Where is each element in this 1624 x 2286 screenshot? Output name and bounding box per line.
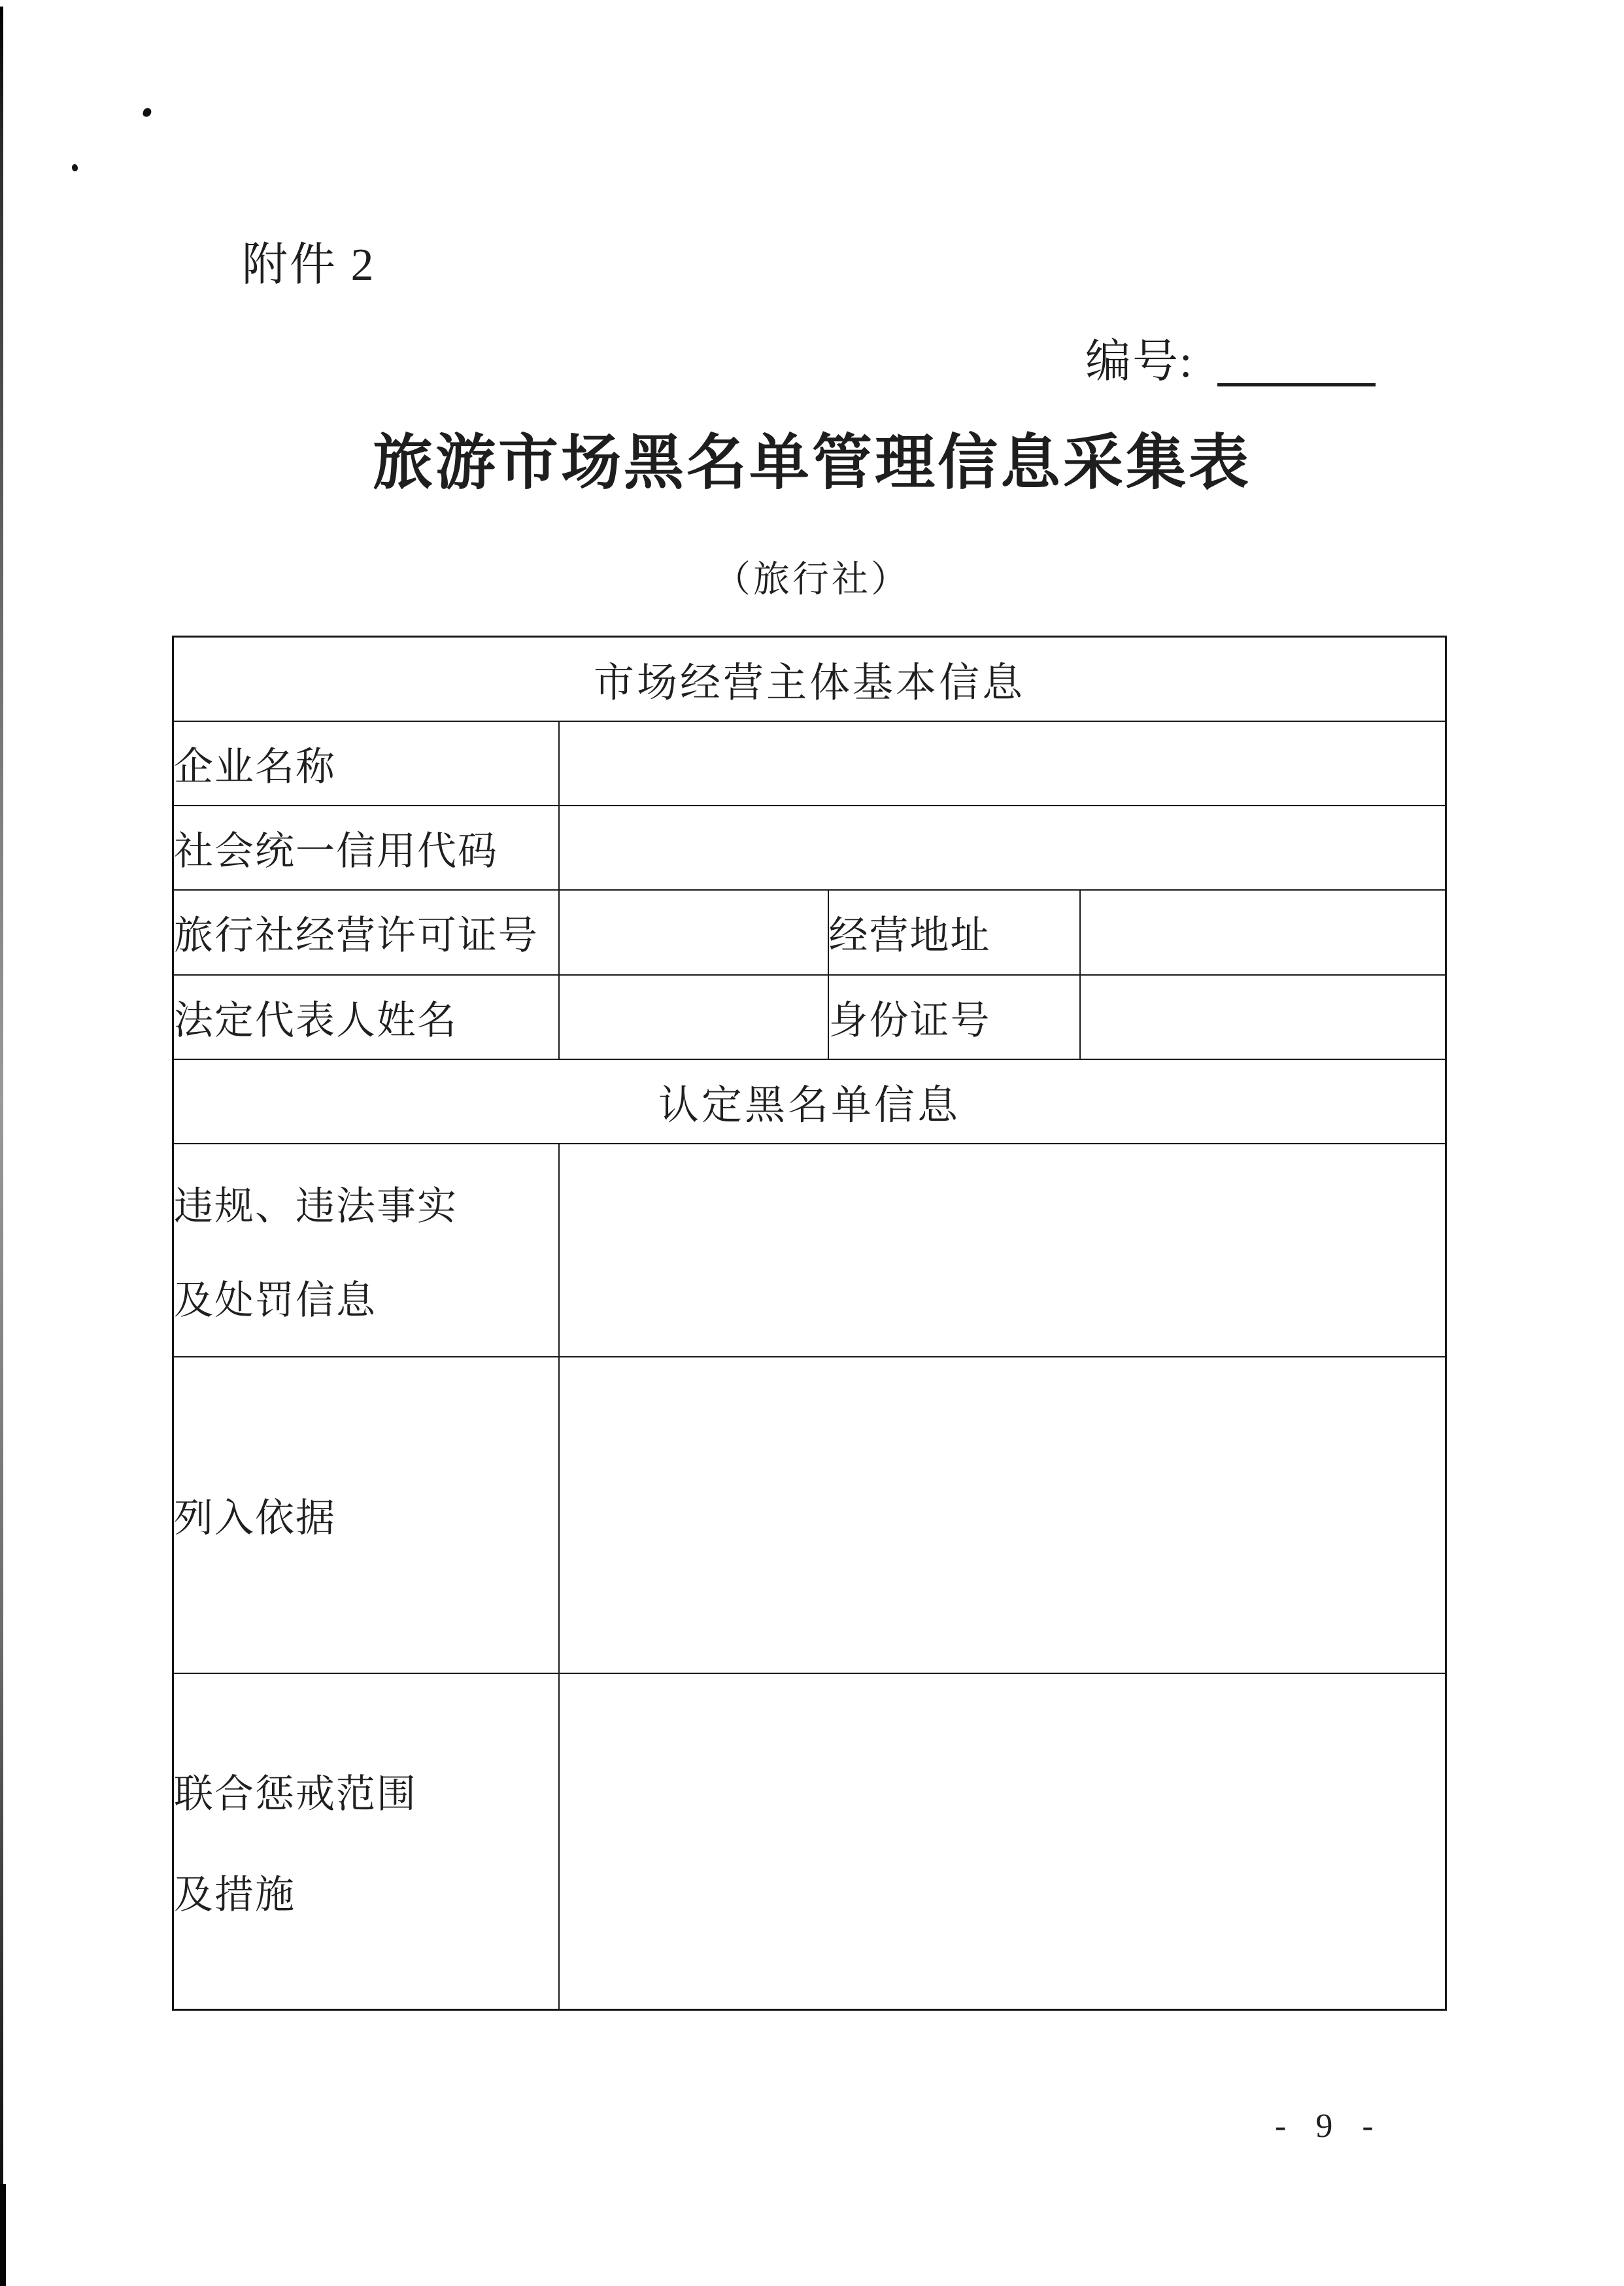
- serial-number-label: 编号:: [1085, 324, 1193, 390]
- company-name-value-cell: [559, 721, 1446, 806]
- inclusion-basis-value-cell: [559, 1357, 1446, 1673]
- table-row: 违规、违法事实 及处罚信息: [173, 1144, 1446, 1357]
- violation-facts-label: 违规、违法事实 及处罚信息: [173, 1144, 559, 1357]
- legal-representative-name-label: 法定代表人姓名: [173, 975, 559, 1059]
- table-row: 企业名称: [173, 721, 1446, 806]
- page-subtitle: （旅行社）: [0, 551, 1624, 603]
- scan-speck: [142, 107, 152, 118]
- page-number: - 9 -: [1275, 2107, 1384, 2145]
- table-row: 列入依据: [173, 1357, 1446, 1673]
- attachment-label: 附件 2: [242, 228, 376, 294]
- id-card-no-label: 身份证号: [828, 975, 1080, 1059]
- legal-representative-name-value-cell: [559, 975, 828, 1059]
- serial-number-blank-line: [1217, 383, 1376, 386]
- unified-credit-code-value-cell: [559, 806, 1446, 890]
- unified-credit-code-label: 社会统一信用代码: [173, 806, 559, 890]
- basic-info-section-header: 市场经营主体基本信息: [173, 637, 1446, 722]
- blacklist-collection-form-table: 市场经营主体基本信息 企业名称 社会统一信用代码 旅行社经营许可证号 经营地址 …: [172, 636, 1447, 2011]
- table-row: 社会统一信用代码: [173, 806, 1446, 890]
- blacklist-info-section-header: 认定黑名单信息: [173, 1059, 1446, 1144]
- id-card-no-value-cell: [1080, 975, 1446, 1059]
- table-row: 认定黑名单信息: [173, 1059, 1446, 1144]
- business-address-label: 经营地址: [828, 890, 1080, 975]
- joint-punishment-label: 联合惩戒范围 及措施: [173, 1673, 559, 2010]
- table-row: 旅行社经营许可证号 经营地址: [173, 890, 1446, 975]
- business-address-value-cell: [1080, 890, 1446, 975]
- scan-speck: [72, 164, 78, 171]
- page-title: 旅游市场黑名单管理信息采集表: [0, 415, 1624, 501]
- scan-edge-blot-artifact: [0, 2184, 6, 2286]
- scan-edge-line-artifact: [0, 7, 3, 2286]
- table-row: 法定代表人姓名 身份证号: [173, 975, 1446, 1059]
- joint-punishment-label-line2: 及措施: [174, 1864, 558, 1920]
- table-row: 联合惩戒范围 及措施: [173, 1673, 1446, 2010]
- joint-punishment-value-cell: [559, 1673, 1446, 2010]
- inclusion-basis-label: 列入依据: [173, 1357, 559, 1673]
- table-row: 市场经营主体基本信息: [173, 637, 1446, 722]
- violation-facts-label-line1: 违规、违法事实: [174, 1175, 558, 1231]
- violation-facts-label-line2: 及处罚信息: [174, 1269, 558, 1325]
- travel-agency-license-no-label: 旅行社经营许可证号: [173, 890, 559, 975]
- travel-agency-license-no-value-cell: [559, 890, 828, 975]
- violation-facts-value-cell: [559, 1144, 1446, 1357]
- company-name-label: 企业名称: [173, 721, 559, 806]
- scanned-document-page: 附件 2 编号: 旅游市场黑名单管理信息采集表 （旅行社） 市场经营主体基本信息…: [0, 0, 1624, 2286]
- joint-punishment-label-line1: 联合惩戒范围: [174, 1763, 558, 1819]
